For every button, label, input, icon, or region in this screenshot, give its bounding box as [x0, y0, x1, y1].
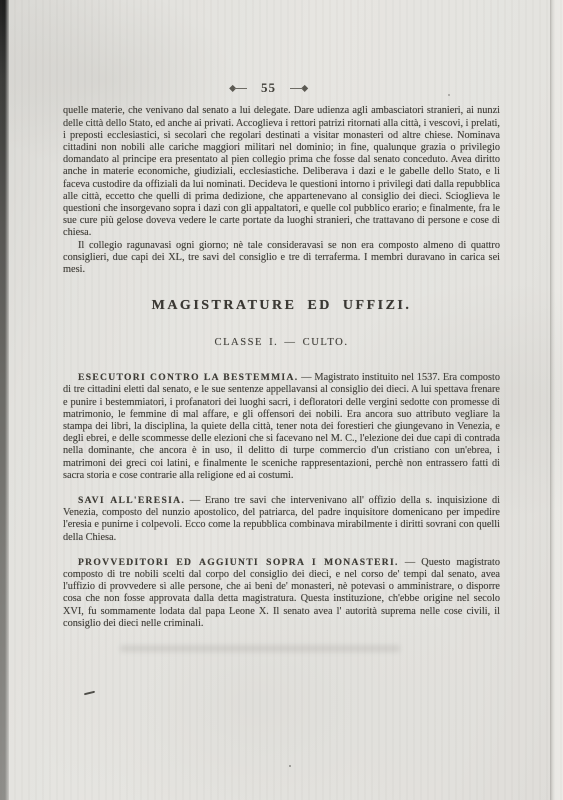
ink-speck: [448, 94, 450, 96]
page-right-edge: [550, 0, 563, 800]
verso-show-through: [120, 645, 400, 652]
paragraph-esecutori: ESECUTORI CONTRO LA BESTEMMIA. — Magistr…: [63, 372, 500, 482]
paragraph-esecutori-lead: ESECUTORI CONTRO LA BESTEMMIA.: [78, 372, 298, 383]
ink-speck: [289, 765, 291, 767]
fleuron-arrow-left-icon: [230, 84, 249, 92]
paragraph-savi-lead: SAVI ALL'ERESIA.: [78, 495, 185, 506]
binding-edge: [0, 0, 9, 800]
section-title: MAGISTRATURE ED UFFIZI.: [63, 298, 500, 314]
paragraph-provveditori-lead: PROVVEDITORI ED AGGIUNTI SOPRA I MONASTE…: [78, 557, 399, 568]
ink-speck: [84, 691, 95, 696]
paragraph-esecutori-text: — Magistrato instituito nel 1537. Era co…: [63, 372, 500, 481]
page-content: 55 quelle materie, che venivano dal sena…: [63, 0, 500, 630]
paragraph-collegio-composition: Il collegio ragunavasi ogni giorno; nè t…: [63, 240, 500, 277]
paragraph-collegio-duties: quelle materie, che venivano dal senato …: [63, 105, 500, 239]
class-subtitle: CLASSE I. — CULTO.: [63, 337, 500, 348]
paragraph-provveditori: PROVVEDITORI ED AGGIUNTI SOPRA I MONASTE…: [63, 557, 500, 630]
page-header: 55: [50, 80, 487, 96]
paragraph-savi: SAVI ALL'ERESIA. — Erano tre savi che in…: [63, 495, 500, 544]
page-number: 55: [261, 80, 276, 96]
fleuron-arrow-right-icon: [288, 84, 307, 92]
scanned-book-page: 55 quelle materie, che venivano dal sena…: [0, 0, 563, 800]
